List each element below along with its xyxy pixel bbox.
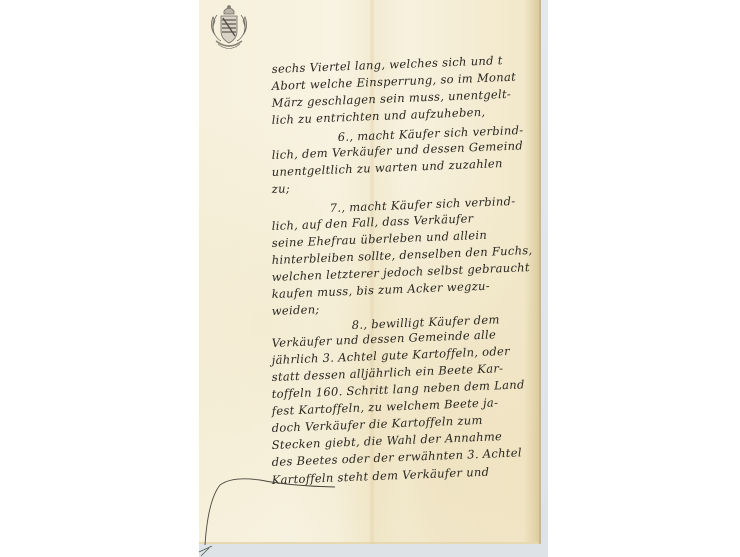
ink-flourish-stroke	[0, 0, 740, 557]
